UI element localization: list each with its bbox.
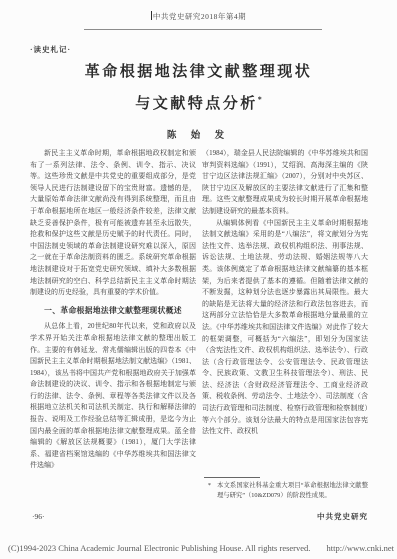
paragraph-intro: 新民主主义革命时期，革命根据地政权制定和颁布了一系列法律、法令、条例、训令、指示… (30, 148, 196, 299)
paragraph-compilation-style: 从编辑体例看《中国新民主主义革命时期根据地法制文献选编》采用的是“八编法”，将文… (202, 218, 368, 438)
header-divider (84, 29, 322, 30)
paragraph-overview-continued: （1984），瑞金县人民法院编辑的《中华苏维埃共和国审判资料选编》（1991），… (202, 148, 368, 218)
text-cursor-bar (151, 11, 152, 20)
column-label: ·读史札记· (30, 44, 71, 55)
cnki-copyright-text: (C)1994-2023 China Academic Journal Elec… (8, 543, 310, 553)
footnote: * 本文系国家社科基金重大项目“革命根据地法律文献整理与研究”（10&ZD079… (202, 477, 368, 500)
article-title: 革命根据地法律文献整理现状 与文献特点分析* (0, 59, 397, 118)
cnki-url: http://www.cnki.net (327, 543, 394, 553)
footnote-divider (204, 477, 260, 478)
journal-header: 中共党史研究2018年第4期 (0, 11, 397, 22)
footnote-text: 本文系国家社科基金重大项目“革命根据地法律文献整理与研究”（10&ZD079）的… (217, 481, 368, 500)
section-heading: 一、革命根据地法律文献整理现状概述 (30, 305, 196, 317)
paragraph-overview: 从总体上看，20世纪80年代以来，党和政府以及学术界开始关注革命根据地法律文献的… (30, 321, 196, 472)
scanned-paper-page: 中共党史研究2018年第4期 ·读史札记· 革命根据地法律文献整理现状 与文献特… (0, 0, 397, 559)
journal-header-text: 中共党史研究2018年第4期 (153, 12, 246, 21)
title-line-1: 革命根据地法律文献整理现状 (85, 64, 313, 80)
title-line-2: 与文献特点分析 (135, 96, 258, 112)
left-column: 新民主主义革命时期，革命根据地政权制定和颁布了一系列法律、法令、条例、训令、指示… (30, 148, 196, 498)
page-number: ·96· (32, 512, 45, 521)
footnote-marker: * (202, 481, 217, 500)
footnote-body: * 本文系国家社科基金重大项目“革命根据地法律文献整理与研究”（10&ZD079… (202, 481, 368, 500)
cnki-copyright-bar: (C)1994-2023 China Academic Journal Elec… (8, 543, 397, 553)
journal-name-footer: 中共党史研究 (317, 511, 368, 522)
page-footer: ·96· 中共党史研究 (32, 511, 368, 522)
author-name: 陈 始 发 (0, 127, 397, 141)
right-column: （1984），瑞金县人民法院编辑的《中华苏维埃共和国审判资料选编》（1991），… (202, 148, 368, 475)
title-footnote-marker: * (258, 95, 262, 104)
